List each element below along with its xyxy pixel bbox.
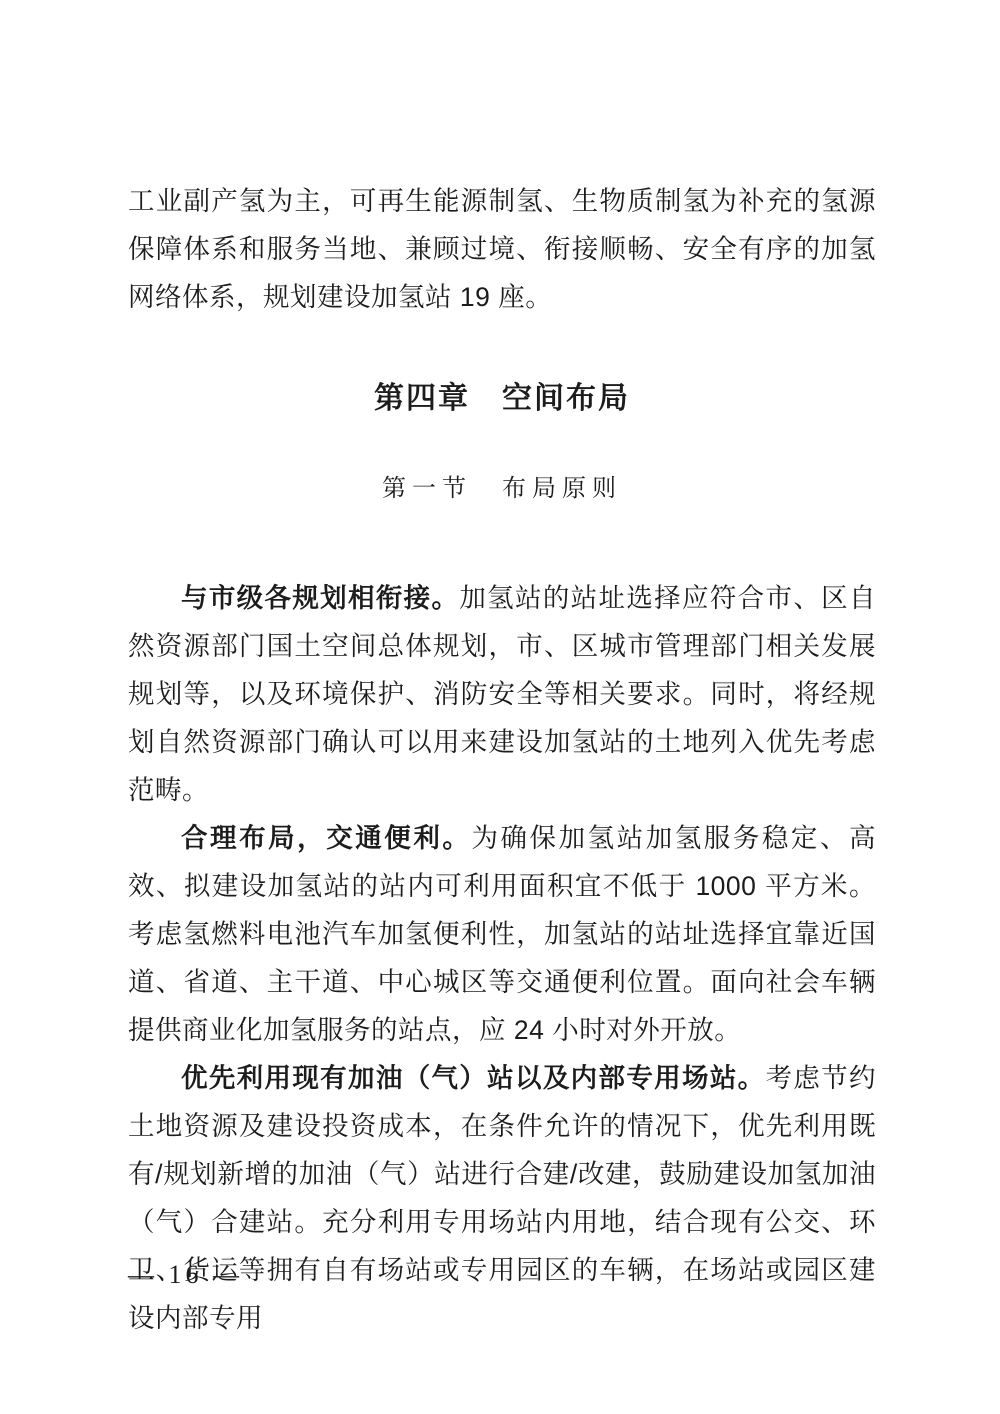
chapter-heading: 第四章 空间布局 (128, 374, 876, 424)
document-content: 工业副产氢为主，可再生能源制氢、生物质制氢为补充的氢源保障体系和服务当地、兼顾过… (128, 177, 876, 1342)
section-heading: 第一节 布局原则 (128, 466, 876, 512)
paragraph-lead: 与市级各规划相衔接。 (181, 583, 459, 613)
paragraph-rational-layout: 合理布局，交通便利。为确保加氢站加氢服务稳定、高效、拟建设加氢站的站内可利用面积… (128, 814, 876, 1054)
document-page: 工业副产氢为主，可再生能源制氢、生物质制氢为补充的氢源保障体系和服务当地、兼顾过… (0, 0, 1000, 1414)
paragraph-text: 加氢站的站址选择应符合市、区自然资源部门国土空间总体规划，市、区城市管理部门相关… (128, 583, 876, 805)
intro-paragraph: 工业副产氢为主，可再生能源制氢、生物质制氢为补充的氢源保障体系和服务当地、兼顾过… (128, 177, 876, 321)
paragraph-text: 为确保加氢站加氢服务稳定、高效、拟建设加氢站的站内可利用面积宜不低于 1000 … (128, 823, 876, 1045)
paragraph-existing-stations: 优先利用现有加油（气）站以及内部专用场站。考虑节约土地资源及建设投资成本，在条件… (128, 1054, 876, 1342)
page-number: — 16 — (128, 1260, 243, 1290)
paragraph-lead: 优先利用现有加油（气）站以及内部专用场站。 (181, 1063, 766, 1093)
paragraph-text: 考虑节约土地资源及建设投资成本，在条件允许的情况下，优先利用既有/规划新增的加油… (128, 1063, 876, 1333)
paragraph-lead: 合理布局，交通便利。 (181, 823, 471, 853)
paragraph-planning-alignment: 与市级各规划相衔接。加氢站的站址选择应符合市、区自然资源部门国土空间总体规划，市… (128, 574, 876, 814)
